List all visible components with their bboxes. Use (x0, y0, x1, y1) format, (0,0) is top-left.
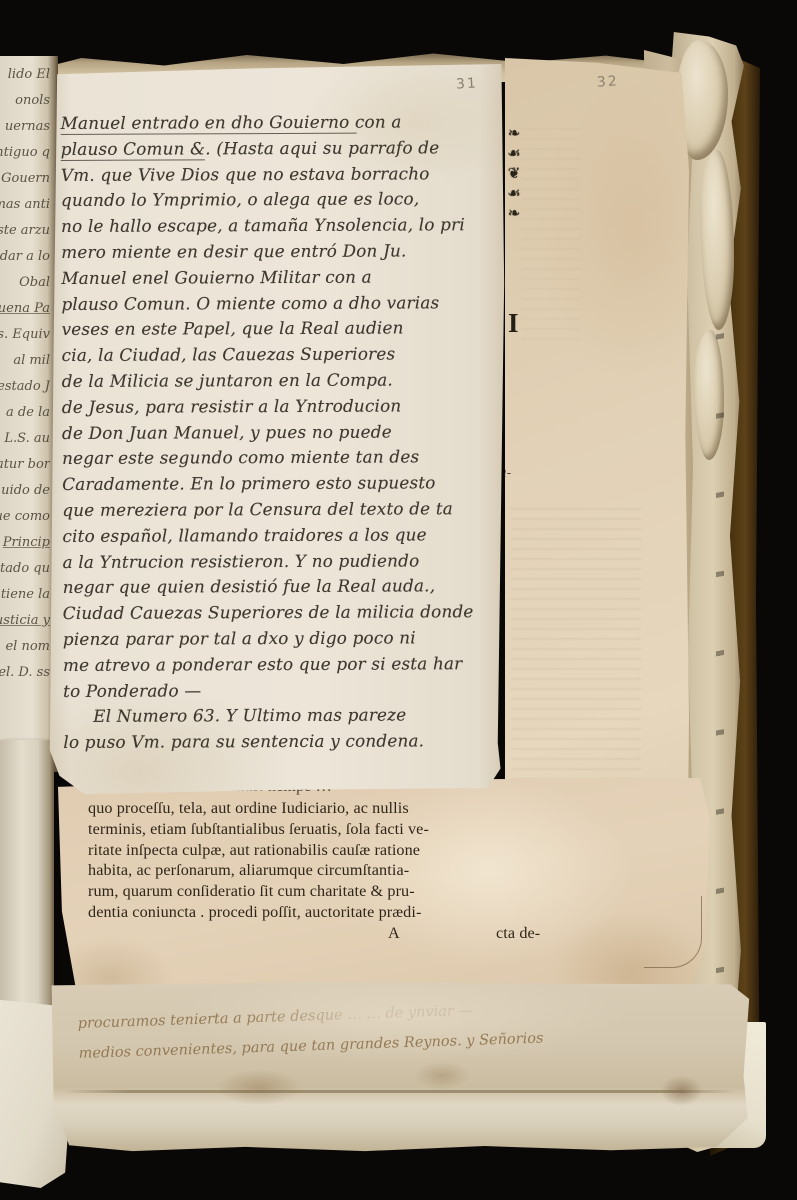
text-fragment: lido El (0, 62, 50, 88)
handwritten-line: plauso Comun &. (Hasta aqui su parrafo d… (61, 135, 497, 163)
faint-inscription: procuramos tenierta a parte desque … … d… (77, 987, 739, 1069)
printed-latin-page: de cætero ſeruari volumus: nempe … quo p… (58, 778, 710, 1000)
catchword: cta de- (496, 923, 540, 944)
text-fragment: el. D. ss (0, 660, 50, 686)
pencil-folio-number-32: 32 (596, 73, 619, 90)
text-fragment: uena Pa (0, 296, 50, 322)
handwritten-line: cia, la Ciudad, las Cauezas Superiores (62, 341, 498, 369)
handwritten-line: veses en este Papel, que la Real audien (61, 315, 497, 343)
handwritten-line: mero miente en desir que entró Don Ju. (61, 238, 497, 266)
text-fragment: las. Equiv (0, 322, 50, 348)
page-corner-crease (644, 896, 702, 968)
photo-of-manuscript: 32 ❧☙❦☙❧ I a- lido Elonolsuernasntiguo q… (0, 0, 797, 1200)
text-fragment: este arzu (0, 218, 50, 244)
handwritten-line: Vm. que Vive Dios que no estava borracho (61, 161, 497, 189)
print-line: quo proceſſu, tela, aut ordine Iudiciari… (88, 798, 588, 819)
handwritten-line: cito español, llamando traidores a los q… (62, 522, 498, 550)
text-fragment: L.S. au (0, 426, 50, 452)
text-fragment: tiene la (0, 582, 50, 608)
text-fragment: atur bor (0, 452, 50, 478)
handwritten-line: no le hallo escape, a tamaña Ynsolencia,… (61, 212, 497, 240)
handwritten-line: Ciudad Cauezas Superiores de la milicia … (63, 599, 499, 627)
right-edge-ink-marks (716, 300, 724, 1020)
handwritten-line: to Ponderado — (63, 677, 499, 705)
print-line: terminis, etiam ſubſtantialibus ſeruatis… (88, 819, 588, 840)
print-line: rum, quarum conſideratio ſit cum charita… (88, 881, 588, 902)
text-fragment: onols (0, 88, 50, 114)
handwritten-line: me atrevo a ponderar esto que por si est… (63, 651, 499, 679)
handwritten-line: Manuel entrado en dho Gouierno con a (61, 109, 497, 137)
handwritten-line: plauso Comun. O miente como a dho varias (61, 290, 497, 318)
handwritten-text-block: Manuel entrado en dho Gouierno con aplau… (61, 109, 500, 756)
bottom-worn-page: procuramos tenierta a parte desque … … d… (48, 982, 752, 1152)
text-fragment: ntiguo q (0, 140, 50, 166)
print-line: dentia coniuncta . procedi poſſit, aucto… (88, 902, 588, 923)
handwritten-line: pienza parar por tal a dxo y digo poco n… (63, 625, 499, 653)
text-fragment: uernas (0, 114, 50, 140)
handwritten-line: Caradamente. En lo primero esto supuesto (62, 470, 498, 498)
text-fragment: el nom (0, 634, 50, 660)
handwritten-line: lo puso Vm. para su sentencia y condena. (63, 728, 499, 756)
printed-initial-letter: I (508, 308, 519, 339)
text-fragment: que como (0, 504, 50, 530)
latin-text-block: de cætero ſeruari volumus: nempe … quo p… (88, 786, 588, 945)
print-line: ritate inſpecta culpæ, aut rationabilis … (88, 840, 588, 861)
signature-line: A cta de- (88, 923, 588, 945)
text-fragment: uido de (0, 478, 50, 504)
text-fragment: ladar a lo (0, 244, 50, 270)
text-fragment: a de la (0, 400, 50, 426)
handwritten-line: negar este segundo como miente tan des (62, 444, 498, 472)
facing-page-text-fragments: lido Elonolsuernasntiguo qe Gouernmas an… (0, 62, 50, 702)
handwritten-line: de Jesus, para resistir a la Yntroducion (62, 393, 498, 421)
handwritten-line: Manuel enel Gouierno Militar con a (61, 264, 497, 292)
worn-edge-seam (62, 1090, 738, 1093)
text-fragment: e Gouern (0, 166, 50, 192)
text-fragment: Princip (0, 530, 50, 556)
print-showthrough (521, 128, 581, 348)
text-fragment: stado qu (0, 556, 50, 582)
handwritten-line: El Numero 63. Y Ultimo mas pareze (63, 702, 499, 730)
handwritten-line: que mereziera por la Censura del texto d… (62, 496, 498, 524)
handwritten-line: quando lo Ymprimio, o alega que es loco, (61, 186, 497, 214)
handwritten-line: de la Milicia se juntaron en la Compa. (62, 367, 498, 395)
pencil-folio-number-31: 31 (456, 75, 479, 92)
signature-mark: A (388, 923, 400, 944)
text-fragment: al mil (0, 348, 50, 374)
handwritten-line: negar que quien desistió fue la Real aud… (63, 573, 499, 601)
text-fragment: Justicia y (0, 608, 50, 634)
handwritten-line: de Don Juan Manuel, y pues no puede (62, 419, 498, 447)
manuscript-page-31: 31 Manuel entrado en dho Gouierno con ap… (48, 64, 506, 794)
text-fragment: mas anti (0, 192, 50, 218)
handwritten-line: a la Yntrucion resistieron. Y no pudiend… (63, 548, 499, 576)
text-fragment: Obal (0, 270, 50, 296)
text-fragment: estado J (0, 374, 50, 400)
print-line: habita, ac perſonarum, aliarumque circum… (88, 860, 588, 881)
